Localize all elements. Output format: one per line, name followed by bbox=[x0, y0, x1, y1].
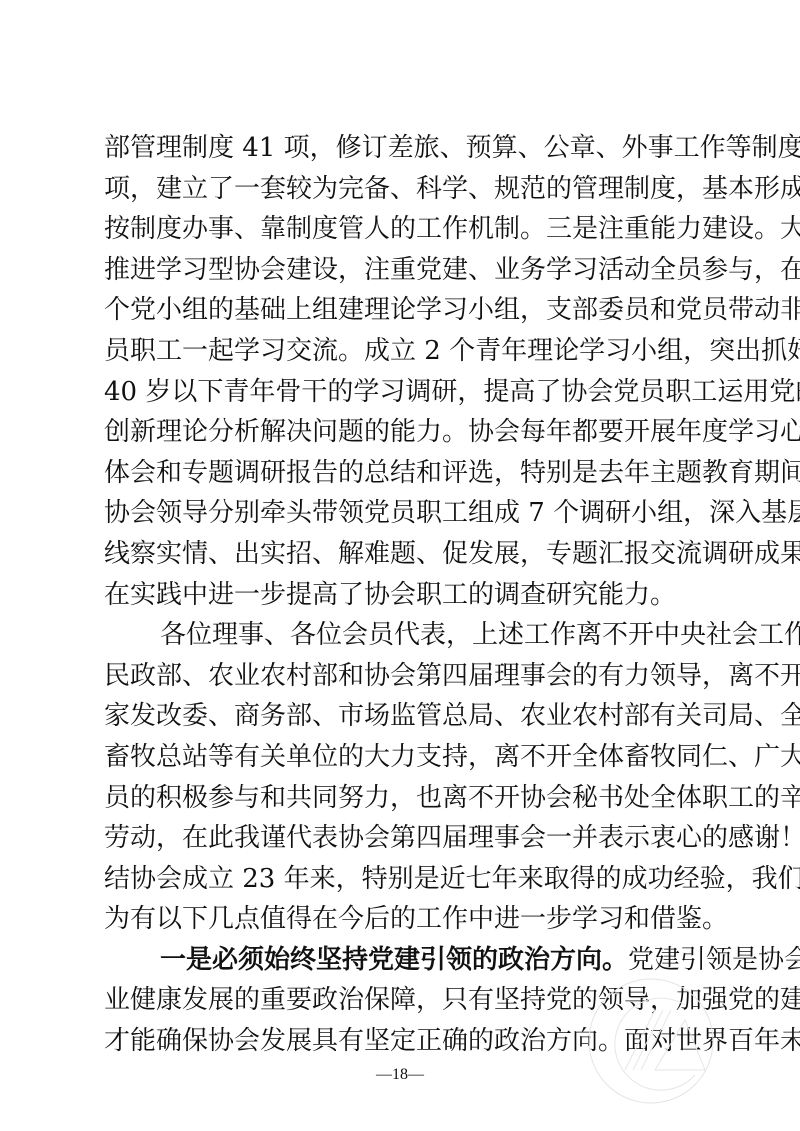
page-number: —18— bbox=[0, 1066, 800, 1084]
text-line: 畜牧总站等有关单位的大力支持，离不开全体畜牧同仁、广大会 bbox=[104, 737, 698, 778]
text-line: 按制度办事、靠制度管人的工作机制。三是注重能力建设。大力 bbox=[104, 209, 698, 250]
text-line: 项，建立了一套较为完备、科学、规范的管理制度，基本形成了 bbox=[104, 169, 698, 210]
text-line: 员的积极参与和共同努力，也离不开协会秘书处全体职工的辛勤 bbox=[104, 778, 698, 819]
document-page: 部管理制度 41 项，修订差旅、预算、公章、外事工作等制度 4 项，建立了一套较… bbox=[0, 0, 800, 1131]
text-line: 协会领导分别牵头带领党员职工组成 7 个调研小组，深入基层一 bbox=[104, 493, 698, 534]
text-line: 民政部、农业农村部和协会第四届理事会的有力领导，离不开国 bbox=[104, 656, 698, 697]
text-line: 员职工一起学习交流。成立 2 个青年理论学习小组，突出抓好 bbox=[104, 331, 698, 372]
text-line: 劳动，在此我谨代表协会第四届理事会一并表示衷心的感谢！总 bbox=[104, 818, 698, 859]
text-line: 40 岁以下青年骨干的学习调研，提高了协会党员职工运用党的 bbox=[104, 372, 698, 413]
logo-watermark-icon bbox=[585, 975, 725, 1115]
text-line: 家发改委、商务部、市场监管总局、农业农村部有关司局、全国 bbox=[104, 696, 698, 737]
section-heading: 一是必须始终坚持党建引领的政治方向。 bbox=[160, 945, 628, 975]
text-line: 推进学习型协会建设，注重党建、业务学习活动全员参与，在 3 bbox=[104, 250, 698, 291]
text-line: 为有以下几点值得在今后的工作中进一步学习和借鉴。 bbox=[104, 899, 698, 940]
text-line: 体会和专题调研报告的总结和评选，特别是去年主题教育期间， bbox=[104, 453, 698, 494]
text-line: 结协会成立 23 年来，特别是近七年来取得的成功经验，我们认 bbox=[104, 859, 698, 900]
text-line: 部管理制度 41 项，修订差旅、预算、公章、外事工作等制度 4 bbox=[104, 128, 698, 169]
text-line: 个党小组的基础上组建理论学习小组，支部委员和党员带动非党 bbox=[104, 290, 698, 331]
heading-continuation: 党建引领是协会事 bbox=[628, 945, 800, 975]
text-line: 线察实情、出实招、解难题、促发展，专题汇报交流调研成果， bbox=[104, 534, 698, 575]
body-text: 部管理制度 41 项，修订差旅、预算、公章、外事工作等制度 4 项，建立了一套较… bbox=[104, 128, 698, 1062]
text-line: 在实践中进一步提高了协会职工的调查研究能力。 bbox=[104, 575, 698, 616]
paragraph-first-line: 各位理事、各位会员代表，上述工作离不开中央社会工作部、 bbox=[104, 615, 698, 656]
text-line: 创新理论分析解决问题的能力。协会每年都要开展年度学习心得 bbox=[104, 412, 698, 453]
